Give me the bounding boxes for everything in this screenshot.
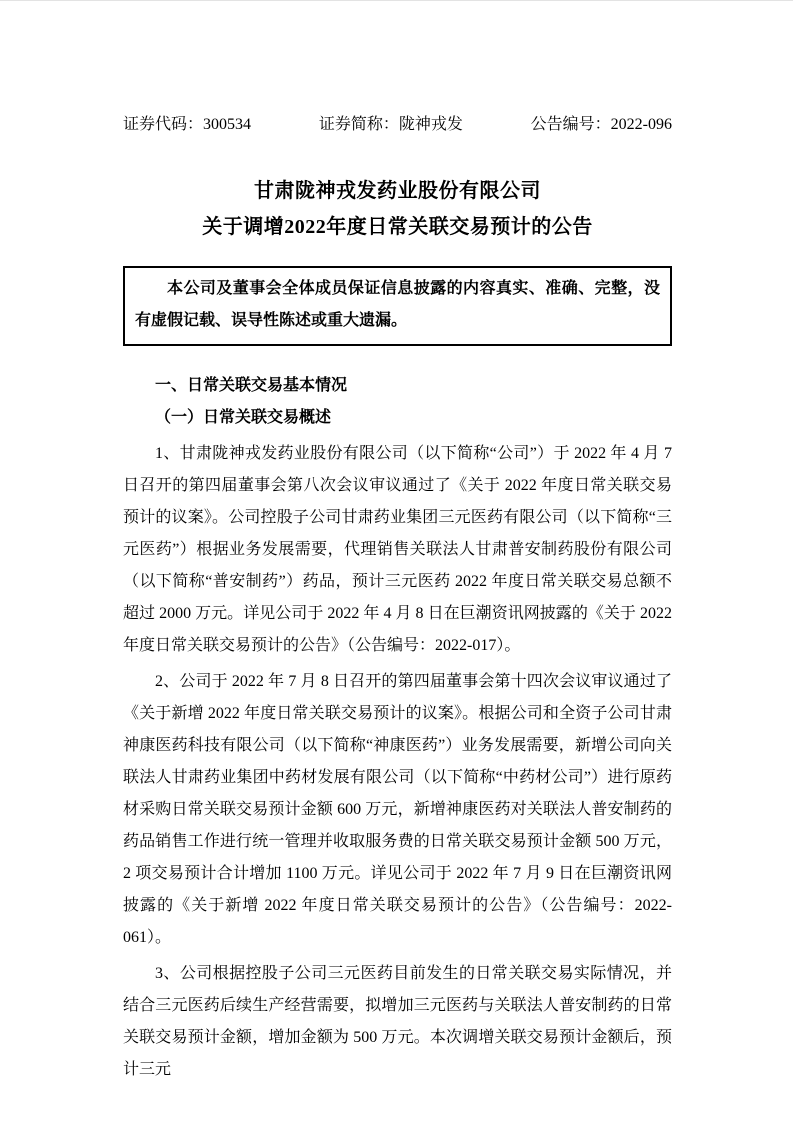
announcement-number-label: 公告编号：2022-096 bbox=[531, 115, 672, 135]
paragraph-2: 2、公司于 2022 年 7 月 8 日召开的第四届董事会第十四次会议审议通过了… bbox=[123, 666, 672, 954]
page-content: 证券代码：300534 证券简称：陇神戎发 公告编号：2022-096 甘肃陇神… bbox=[0, 115, 793, 1086]
document-title: 甘肃陇神戎发药业股份有限公司 关于调增2022年度日常关联交易预计的公告 bbox=[123, 173, 672, 245]
paragraph-3: 3、公司根据控股子公司三元医药目前发生的日常关联交易实际情况，并结合三元医药后续… bbox=[123, 958, 672, 1086]
stock-abbr-label: 证券简称：陇神戎发 bbox=[319, 115, 463, 135]
paragraph-1: 1、甘肃陇神戎发药业股份有限公司（以下简称“公司”）于 2022 年 4 月 7… bbox=[123, 438, 672, 662]
document-title-line2: 关于调增2022年度日常关联交易预计的公告 bbox=[123, 209, 672, 245]
disclaimer-box: 本公司及董事会全体成员保证信息披露的内容真实、准确、完整，没有虚假记载、误导性陈… bbox=[123, 266, 672, 346]
securities-meta-row: 证券代码：300534 证券简称：陇神戎发 公告编号：2022-096 bbox=[123, 115, 672, 135]
subsection-heading-1-1: （一）日常关联交易概述 bbox=[123, 402, 672, 434]
stock-code-label: 证券代码：300534 bbox=[123, 115, 251, 135]
announcement-page: 证券代码：300534 证券简称：陇神戎发 公告编号：2022-096 甘肃陇神… bbox=[0, 0, 793, 1122]
disclaimer-text: 本公司及董事会全体成员保证信息披露的内容真实、准确、完整，没有虚假记载、误导性陈… bbox=[135, 280, 660, 329]
document-title-line1: 甘肃陇神戎发药业股份有限公司 bbox=[123, 173, 672, 209]
section-heading-1: 一、日常关联交易基本情况 bbox=[123, 370, 672, 402]
